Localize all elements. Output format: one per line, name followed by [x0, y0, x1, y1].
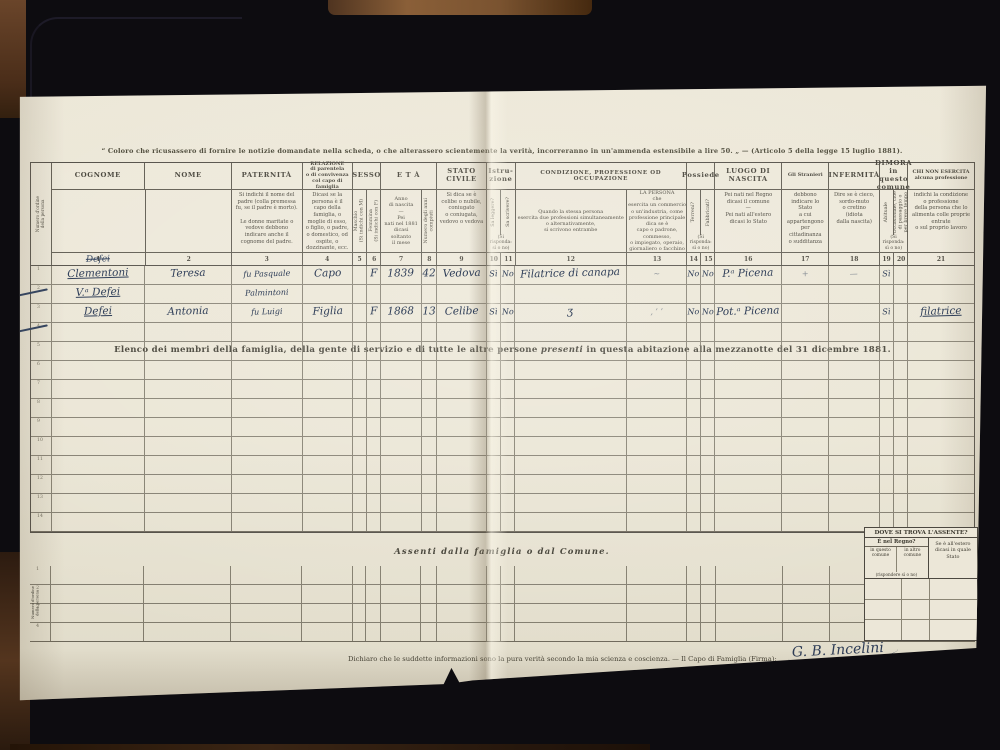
table-cell: [302, 399, 352, 417]
column-number-row: 1011: [487, 252, 514, 265]
table-cell: [893, 418, 908, 436]
table-cell: [366, 342, 381, 360]
handwritten-entry: fu Pasquale: [230, 268, 304, 279]
column-number-row: 1415: [687, 252, 714, 265]
table-cell: [366, 285, 381, 303]
table-cell: Defei: [51, 304, 144, 322]
table-cell: [686, 380, 700, 398]
absent-table-cell: [514, 585, 625, 603]
table-cell: [231, 380, 302, 398]
absent-table-cell: [436, 604, 487, 622]
table-cell: [500, 437, 515, 455]
where-box-cell: [901, 600, 929, 620]
table-cell: [144, 361, 231, 379]
table-cell: [626, 437, 687, 455]
header-subcolumns: Anno di nascita — Pei nati nel 1881 dica…: [381, 190, 436, 252]
absent-table-cell: [500, 623, 515, 641]
header-subcolumn: [52, 190, 144, 252]
table-cell: [231, 418, 302, 436]
header-subcolumn: Quando la stessa persona esercita due pr…: [516, 190, 626, 252]
column-description: indichi la condizione o professione dell…: [908, 190, 974, 252]
row-number: 14: [37, 514, 43, 519]
header-group-body: [52, 190, 231, 252]
table-cell: [893, 323, 908, 341]
table-cell: [700, 437, 715, 455]
column-number-row: 17: [782, 252, 828, 265]
header-group-title: STATO CIVILE: [437, 163, 486, 190]
absent-table-cell: [365, 623, 380, 641]
table-cell: 1839: [380, 266, 420, 284]
row-number: 12: [37, 476, 43, 481]
table-cell: [907, 285, 974, 303]
table-cell: [907, 380, 974, 398]
table-cell: [714, 380, 781, 398]
column-number: 21: [908, 253, 974, 265]
table-row: 14: [31, 513, 974, 532]
table-cell: [436, 399, 486, 417]
table-cell: [302, 437, 352, 455]
header-subcolumn: Femmina (Si indichi con F): [366, 190, 381, 252]
table-cell: [421, 380, 436, 398]
absent-table-cell: [715, 566, 782, 584]
table-cell: Capo: [302, 266, 352, 284]
table-cell: [828, 361, 878, 379]
table-cell: ~: [626, 266, 687, 284]
table-cell: 12: [31, 475, 51, 493]
table-cell: [51, 380, 144, 398]
table-cell: [421, 437, 436, 455]
table-cell: [686, 323, 700, 341]
penalty-note: “ Coloro che ricusassero di fornire le n…: [74, 147, 929, 155]
handwritten-entry: V.ᵃ Defei: [50, 285, 146, 300]
table-cell: [352, 475, 366, 493]
table-cell: [486, 361, 500, 379]
table-cell: [436, 323, 486, 341]
table-row: 4: [31, 323, 974, 342]
column-number: 10: [487, 253, 500, 265]
table-cell: [879, 323, 893, 341]
column-number-row: 21: [908, 252, 974, 265]
vertical-column-label: Sa scrivere?: [506, 197, 512, 227]
table-cell: [51, 456, 144, 474]
table-cell: [51, 323, 144, 341]
table-cell: [781, 399, 828, 417]
absent-table-cell: [230, 566, 301, 584]
table-cell: [626, 285, 687, 303]
table-cell: [51, 494, 144, 512]
table-cell: Teresa: [144, 266, 231, 284]
table-cell: [907, 342, 974, 360]
header-group-body: Quando la stessa persona esercita due pr…: [516, 190, 687, 252]
table-cell: [366, 513, 381, 531]
absent-table-cell: [626, 585, 687, 603]
row-number: 5: [37, 343, 40, 348]
header-group-body: Pei nati nel Regno dicasi il comune — Pe…: [715, 190, 781, 252]
table-cell: [907, 323, 974, 341]
table-cell: [51, 418, 144, 436]
table-cell: [302, 513, 352, 531]
vertical-column-label: Occasionale, cioè di passaggio o per bre…: [893, 191, 908, 233]
table-cell: [700, 418, 715, 436]
where-box-row: [865, 620, 977, 640]
abroad-state-label: Se è all'estero dicasi in quale Stato: [929, 538, 977, 578]
table-cell: [421, 475, 436, 493]
table-cell: [879, 475, 893, 493]
table-cell: [514, 437, 625, 455]
table-cell: [500, 285, 515, 303]
absent-table-cell: [500, 566, 515, 584]
handwritten-entry: Figlia: [300, 305, 354, 318]
table-cell: [893, 266, 908, 284]
header-group: RELAZIONE di parentela o di convivenza c…: [302, 163, 352, 265]
table-row: 13: [31, 494, 974, 513]
table-cell: [514, 342, 625, 360]
table-cell: —: [828, 266, 878, 284]
handwritten-entry: Antonia: [143, 304, 233, 318]
header-group-title: LUOGO DI NASCITA: [715, 163, 781, 190]
table-row: 7: [31, 380, 974, 399]
table-cell: 14: [31, 513, 51, 531]
absent-table-cell: [436, 585, 487, 603]
header-col-row-number: Numero d'ordine della persona: [31, 163, 51, 265]
table-cell: [352, 513, 366, 531]
absent-table-cell: [700, 623, 715, 641]
absent-table-cell: [230, 585, 301, 603]
table-cell: [514, 456, 625, 474]
table-cell: [714, 437, 781, 455]
absent-table-cell: [514, 604, 625, 622]
row-number: 9: [37, 419, 40, 424]
column-number-row: 3: [232, 252, 302, 265]
absent-table-cell: [50, 566, 143, 584]
scanned-census-form-photo: “ Coloro che ricusassero di fornire le n…: [0, 0, 1000, 750]
table-cell: [436, 494, 486, 512]
header-group-body: Sa leggere?Sa scrivere?(Si risponda: sì …: [487, 190, 514, 252]
absent-table-cell: [380, 604, 420, 622]
header-group-title: DIMORA in questo comune: [880, 163, 907, 190]
table-cell: [828, 304, 878, 322]
table-cell: [714, 456, 781, 474]
table-cell: [907, 437, 974, 455]
head-of-family-signature: G. B. Incelini: [788, 639, 899, 665]
table-cell: [893, 285, 908, 303]
table-cell: [879, 494, 893, 512]
table-cell: filatrice: [907, 304, 974, 322]
header-group-title: Gli Stranieri: [782, 163, 828, 190]
column-number-row: 16: [715, 252, 781, 265]
header-group: LUOGO DI NASCITAPei nati nel Regno dicas…: [714, 163, 781, 265]
absent-table-cell: [436, 623, 487, 641]
header-group-title: E T À: [381, 163, 436, 190]
table-cell: 10: [31, 437, 51, 455]
respond-yes-no-note: (rispondere sì o no): [865, 572, 928, 578]
header-group-body: indichi la condizione o professione dell…: [908, 190, 974, 252]
table-cell: V.ᵃ Defei: [51, 285, 144, 303]
absent-table-cell: [486, 585, 500, 603]
table-cell: [486, 513, 500, 531]
table-cell: [714, 513, 781, 531]
handwritten-entry: fu Luigi: [230, 306, 304, 317]
table-cell: [686, 418, 700, 436]
table-cell: [514, 380, 625, 398]
table-cell: [907, 475, 974, 493]
header-group-title: RELAZIONE di parentela o di convivenza c…: [303, 163, 352, 190]
table-cell: [302, 418, 352, 436]
table-cell: [514, 323, 625, 341]
absent-table-cell: [143, 623, 230, 641]
absent-table-cell: [686, 566, 700, 584]
handwritten-entry: , ’ ’: [624, 306, 688, 317]
table-cell: [302, 323, 352, 341]
table-cell: [366, 380, 381, 398]
table-cell: [51, 475, 144, 493]
row-number: 10: [37, 438, 43, 443]
table-cell: [380, 342, 420, 360]
table-cell: [686, 456, 700, 474]
header-group: CHI NON ESERCITA alcuna professioneindic…: [907, 163, 974, 265]
header-group-title: Possiede: [687, 163, 714, 190]
table-cell: [231, 513, 302, 531]
table-cell: Sì: [486, 266, 500, 284]
absent-table-cell: [436, 566, 487, 584]
table-cell: 1868: [380, 304, 420, 322]
table-cell: 42: [421, 266, 436, 284]
column-number-row: 78: [381, 252, 436, 265]
table-cell: [686, 399, 700, 417]
handwritten-entry: ~: [624, 268, 688, 279]
table-cell: [366, 494, 381, 512]
table-row: 12: [31, 475, 974, 494]
table-cell: Vedova: [436, 266, 486, 284]
wood-table-strip-top: [328, 0, 592, 15]
table-cell: [686, 285, 700, 303]
handwritten-entry: ʒ: [513, 304, 627, 319]
where-box-cell: [929, 620, 977, 640]
table-cell: [500, 513, 515, 531]
column-number: 18: [829, 253, 878, 265]
table-cell: [781, 494, 828, 512]
header-subcolumn: [145, 190, 232, 252]
table-cell: [144, 399, 231, 417]
column-description: Quando la stessa persona esercita due pr…: [517, 208, 625, 235]
table-cell: [781, 285, 828, 303]
table-cell: [231, 323, 302, 341]
column-description: Si indichi il nome del padre (colla prem…: [232, 190, 302, 252]
table-cell: No: [700, 304, 715, 322]
header-group-body: AbitualeOccasionale, cioè di passaggio o…: [880, 190, 907, 252]
column-number-row: 12: [52, 252, 231, 265]
absent-table: Numero d'ordine della persona 1234: [30, 566, 975, 642]
column-number: 11: [500, 253, 515, 265]
table-cell: [893, 361, 908, 379]
table-cell: [380, 475, 420, 493]
absent-table-cell: [500, 604, 515, 622]
table-cell: [366, 323, 381, 341]
table-cell: [421, 418, 436, 436]
absent-table-cell: [486, 623, 500, 641]
vertical-column-label: Numero degli anni compiuti: [424, 198, 435, 244]
header-subcolumn: Sa leggere?: [487, 190, 500, 235]
absent-table-cell: [365, 566, 380, 584]
absent-table-cell: [301, 604, 352, 622]
absent-table-cell: [782, 585, 830, 603]
absent-table-cell: [352, 604, 366, 622]
table-cell: [626, 399, 687, 417]
table-cell: [828, 494, 878, 512]
header-subcolumn: Abituale: [880, 190, 893, 235]
table-cell: [714, 399, 781, 417]
table-cell: [828, 437, 878, 455]
absent-table-cell: [486, 566, 500, 584]
table-cell: [500, 380, 515, 398]
table-header: Numero d'ordine della personaCOGNOMENOME…: [30, 162, 975, 266]
header-group-title: SESSO: [353, 163, 380, 190]
table-cell: [486, 380, 500, 398]
vertical-column-label: Fabbricati?: [706, 199, 712, 226]
header-group-title: CHI NON ESERCITA alcuna professione: [908, 163, 974, 190]
table-cell: [380, 380, 420, 398]
where-box-cell: [929, 579, 977, 599]
column-number: 7: [381, 253, 421, 265]
table-cell: [686, 513, 700, 531]
handwritten-entry: Clementoni: [50, 266, 146, 281]
this-commune-label: in questo comune: [865, 547, 896, 572]
table-cell: [486, 456, 500, 474]
table-cell: [907, 494, 974, 512]
where-box-cell: [865, 600, 901, 620]
absent-table-cell: [143, 585, 230, 603]
table-cell: [231, 475, 302, 493]
table-row: 9: [31, 418, 974, 437]
header-group: PossiedeTerreni?Fabbricati?(Si risponda:…: [686, 163, 714, 265]
table-cell: [486, 437, 500, 455]
row-number-column-label: Numero d'ordine della persona: [36, 196, 46, 232]
table-cell: [626, 361, 687, 379]
table-cell: [421, 399, 436, 417]
table-cell: [144, 475, 231, 493]
table-cell: [51, 513, 144, 531]
table-cell: fu Pasquale: [231, 266, 302, 284]
table-row: 6: [31, 361, 974, 380]
column-title: STATO CIVILE: [437, 163, 486, 189]
absent-table-cell: [143, 566, 230, 584]
table-cell: [421, 361, 436, 379]
table-cell: [828, 342, 878, 360]
column-number: 15: [700, 253, 715, 265]
header-group-title: PATERNITÀ: [232, 163, 302, 190]
header-subcolumns: AbitualeOccasionale, cioè di passaggio o…: [880, 190, 907, 235]
column-title: PATERNITÀ: [232, 163, 302, 189]
table-cell: [500, 418, 515, 436]
table-cell: [231, 494, 302, 512]
handwritten-entry: Defei: [50, 304, 146, 319]
handwritten-entry: filatrice: [906, 304, 976, 318]
table-cell: [781, 342, 828, 360]
table-cell: [366, 418, 381, 436]
table-cell: [231, 399, 302, 417]
header-group-title: Istru- zione: [487, 163, 514, 190]
table-cell: [144, 285, 231, 303]
column-number: 12: [516, 253, 626, 265]
table-cell: [893, 494, 908, 512]
row-number: 7: [37, 381, 40, 386]
table-cell: [380, 399, 420, 417]
absent-table-cell: [365, 604, 380, 622]
vertical-column-label: Maschio (Si indichi con M): [354, 199, 365, 242]
table-cell: [686, 494, 700, 512]
absent-table-row: 1: [30, 566, 975, 585]
header-group-title: COGNOMENOME: [52, 163, 231, 190]
table-cell: 13: [31, 494, 51, 512]
handwritten-entry: Capo: [300, 267, 354, 280]
header-group: COGNOMENOME12: [51, 163, 231, 265]
table-cell: No: [700, 266, 715, 284]
table-cell: [144, 494, 231, 512]
table-cell: [352, 361, 366, 379]
table-cell: [781, 437, 828, 455]
table-cell: [700, 399, 715, 417]
table-cell: [714, 323, 781, 341]
handwritten-entry: —: [827, 269, 881, 279]
table-cell: [486, 494, 500, 512]
absent-table-cell: [686, 623, 700, 641]
table-cell: [486, 475, 500, 493]
table-cell: 6: [31, 361, 51, 379]
absent-table-row: 4: [30, 623, 975, 642]
table-cell: [828, 285, 878, 303]
table-cell: [626, 380, 687, 398]
table-cell: [421, 285, 436, 303]
table-cell: [486, 418, 500, 436]
absent-table-cell: [500, 585, 515, 603]
table-cell: No: [500, 304, 515, 322]
column-number: 17: [782, 253, 828, 265]
table-cell: [907, 418, 974, 436]
table-cell: [144, 418, 231, 436]
absent-table-cell: [420, 585, 435, 603]
table-cell: [352, 494, 366, 512]
table-cell: Antonia: [144, 304, 231, 322]
census-sheet: “ Coloro che ricusassero di fornire le n…: [16, 82, 988, 704]
column-number: 14: [687, 253, 700, 265]
table-cell: [352, 323, 366, 341]
table-cell: [51, 342, 144, 360]
table-cell: [514, 285, 625, 303]
absent-table-cell: [380, 585, 420, 603]
absent-table-cell: [782, 566, 830, 584]
table-cell: [893, 304, 908, 322]
table-cell: [700, 494, 715, 512]
table-cell: [879, 418, 893, 436]
column-title: RELAZIONE di parentela o di convivenza c…: [303, 163, 352, 189]
table-cell: 8: [31, 399, 51, 417]
header-group: E T ÀAnno di nascita — Pei nati nel 1881…: [380, 163, 436, 265]
absent-table-cell: [626, 604, 687, 622]
table-cell: [700, 361, 715, 379]
table-cell: [144, 380, 231, 398]
table-cell: [302, 342, 352, 360]
table-row: 10: [31, 437, 974, 456]
table-cell: [144, 437, 231, 455]
column-description: Si dica se è celibe o nubile, coniugato …: [437, 190, 486, 252]
absent-table-cell: [420, 604, 435, 622]
where-is-absent-header: È nel Regno? in questo comune in altro c…: [865, 538, 977, 579]
table-cell: [436, 285, 486, 303]
absent-table-cell: [50, 604, 143, 622]
table-cell: [366, 456, 381, 474]
table-cell: [380, 513, 420, 531]
column-description: Dicasi se la persona è il capo della fam…: [303, 190, 352, 252]
